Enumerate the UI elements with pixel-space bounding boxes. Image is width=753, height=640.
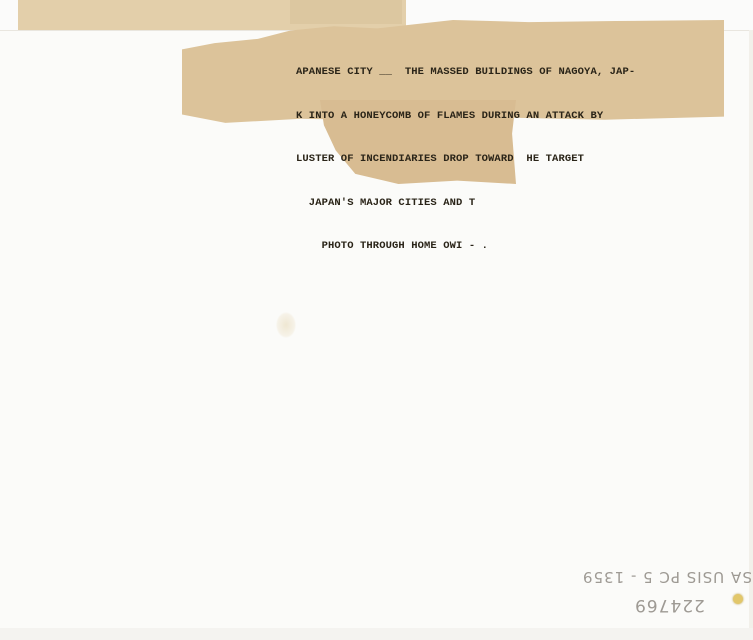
archive-reference-note: CHSA USIS PC 5 - 1359 bbox=[582, 568, 753, 586]
photo-right-edge bbox=[749, 30, 753, 635]
paper-stain bbox=[276, 312, 296, 338]
bottom-edge bbox=[0, 628, 753, 640]
caption-line-5: PHOTO THROUGH HOME OWI - . bbox=[296, 239, 676, 254]
caption-line-3: LUSTER OF INCENDIARIES DROP TOWARD HE TA… bbox=[296, 152, 676, 167]
top-paper-strip-tear bbox=[290, 0, 402, 24]
catalog-number-note: 224769 bbox=[634, 595, 705, 615]
caption-line-1: APANESE CITY __ THE MASSED BUILDINGS OF … bbox=[296, 65, 676, 80]
caption-text: APANESE CITY __ THE MASSED BUILDINGS OF … bbox=[296, 36, 676, 268]
caption-line-2: K INTO A HONEYCOMB OF FLAMES DURING AN A… bbox=[296, 109, 676, 124]
pin-mark-icon bbox=[733, 594, 743, 604]
caption-line-4: JAPAN'S MAJOR CITIES AND T bbox=[296, 196, 676, 211]
